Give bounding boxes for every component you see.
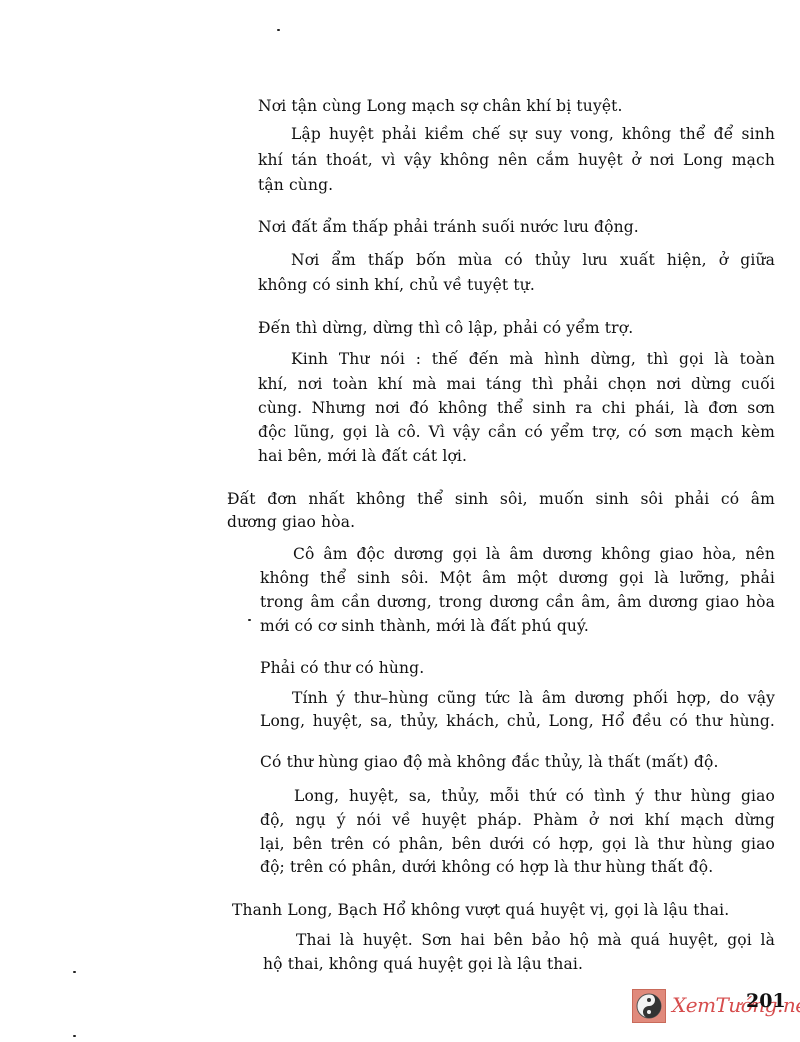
yin-yang-icon xyxy=(632,989,666,1023)
section-heading: Đất đơn nhất không thể sinh sôi, muốn si… xyxy=(227,489,775,509)
body-line: độ; trên có phân, dưới không có hợp là t… xyxy=(260,857,713,877)
scan-speck xyxy=(73,1035,76,1037)
body-line: lại, bên trên có phân, bên dưới có hợp, … xyxy=(260,834,775,854)
section-heading: Thanh Long, Bạch Hổ không vượt quá huyệt… xyxy=(232,900,729,920)
body-line: khí tán thoát, vì vậy không nên cắm huyệ… xyxy=(258,150,775,170)
body-line: Long, huyệt, sa, thủy, khách, chủ, Long,… xyxy=(260,711,775,731)
body-line: tận cùng. xyxy=(258,175,333,195)
section-heading: Nơi đất ẩm thấp phải tránh suối nước lưu… xyxy=(258,217,639,237)
body-line: Lập huyệt phải kiềm chế sự suy vong, khô… xyxy=(291,124,775,144)
body-line: hai bên, mới là đất cát lợi. xyxy=(258,446,467,466)
section-heading: dương giao hòa. xyxy=(227,512,355,532)
body-line: Long, huyệt, sa, thủy, mỗi thứ có tình ý… xyxy=(294,786,775,806)
section-heading: Có thư hùng giao độ mà không đắc thủy, l… xyxy=(260,752,719,772)
scan-speck xyxy=(277,29,280,31)
section-heading: Nơi tận cùng Long mạch sợ chân khí bị tu… xyxy=(258,96,623,116)
body-line: Tính ý thư–hùng cũng tức là âm dương phố… xyxy=(292,688,775,708)
body-line: Cô âm độc dương gọi là âm dương không gi… xyxy=(293,544,775,564)
body-line: Thai là huyệt. Sơn hai bên bảo hộ mà quá… xyxy=(296,930,775,950)
page-number: 201 xyxy=(746,990,786,1012)
body-line: độ, ngụ ý nói về huyệt pháp. Phàm ở nơi … xyxy=(260,810,775,830)
body-line: trong âm cần dương, trong dương cần âm, … xyxy=(260,592,775,612)
body-line: hộ thai, không quá huyệt gọi là lậu thai… xyxy=(263,954,583,974)
body-line: Nơi ẩm thấp bốn mùa có thủy lưu xuất hiệ… xyxy=(291,250,775,270)
body-line: không có sinh khí, chủ về tuyệt tự. xyxy=(258,275,535,295)
body-line: không thể sinh sôi. Một âm một dương gọi… xyxy=(260,568,775,588)
body-line: độc lũng, gọi là cô. Vì vậy cần có yểm t… xyxy=(258,422,775,442)
scan-speck xyxy=(73,971,76,973)
body-line: Kinh Thư nói : thế đến mà hình dừng, thì… xyxy=(291,349,775,369)
section-heading: Đến thì dừng, dừng thì cô lập, phải có y… xyxy=(258,318,633,338)
body-line: mới có cơ sinh thành, mới là đất phú quý… xyxy=(260,616,589,636)
body-line: khí, nơi toàn khí mà mai táng thì phải c… xyxy=(258,374,775,394)
section-heading: Phải có thư có hùng. xyxy=(260,658,424,678)
body-line: cùng. Nhưng nơi đó không thể sinh ra chi… xyxy=(258,398,775,418)
scan-speck xyxy=(248,619,251,621)
